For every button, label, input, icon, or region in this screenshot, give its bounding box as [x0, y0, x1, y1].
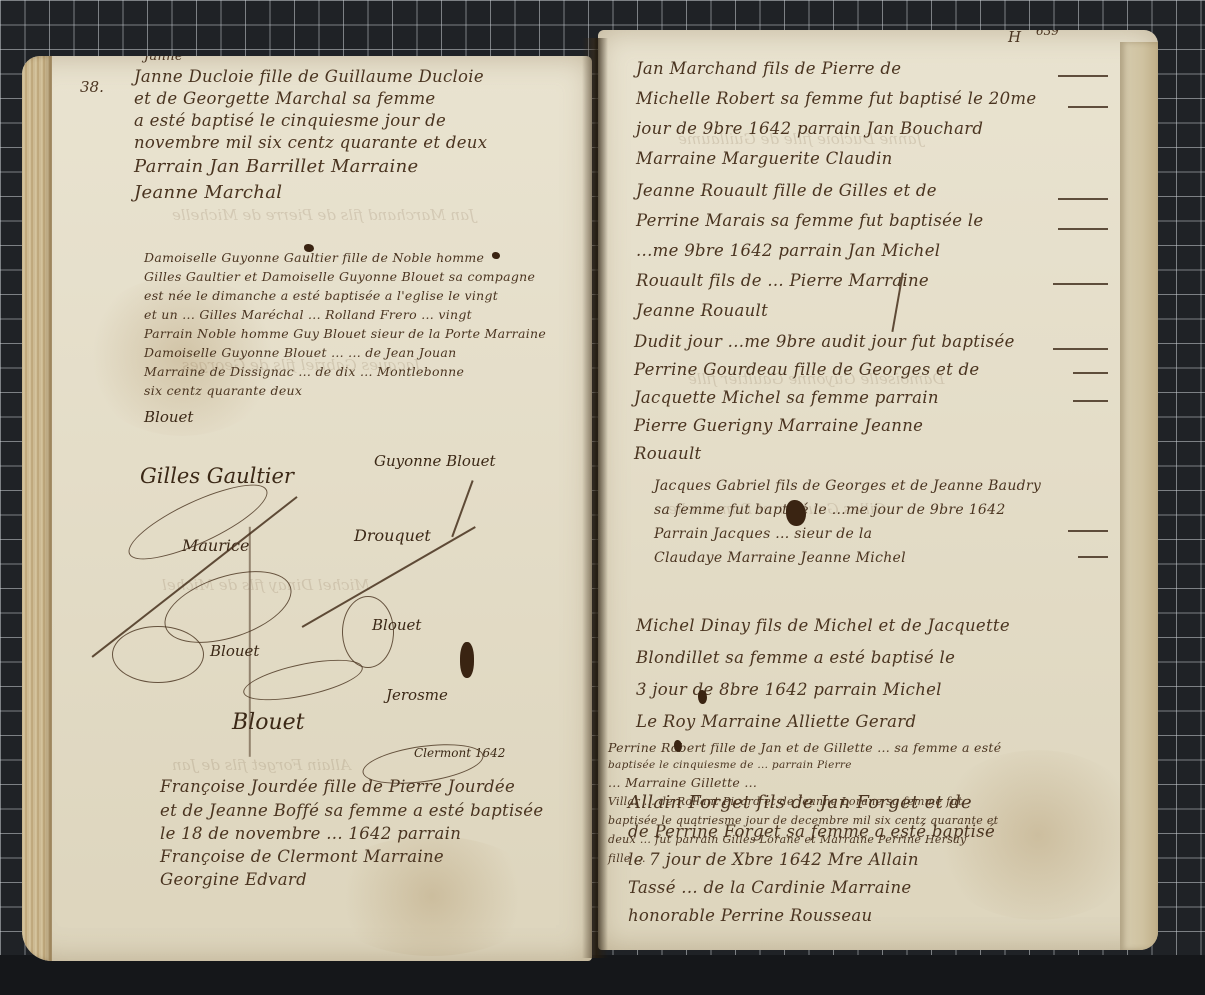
baptism-entry-7: Jacques Gabriel fils de Georges et de Je… — [654, 474, 1041, 570]
line-filler-rule — [1068, 106, 1108, 108]
line-filler-rule — [1053, 348, 1108, 350]
signature: Maurice — [182, 536, 249, 555]
book-gutter — [582, 38, 608, 958]
line-filler-rule — [1073, 372, 1108, 374]
folio-number: 38. — [80, 78, 104, 96]
signature: Gilles Gaultier — [140, 464, 294, 488]
bleed-through-text: Allain Forget fils de Jan — [172, 756, 351, 774]
signature: Blouet — [232, 710, 304, 735]
folio-number: 639 — [1036, 30, 1059, 38]
signature: Guyonne Blouet — [374, 452, 496, 470]
line-filler-rule — [1078, 556, 1108, 558]
line-filler-rule — [1058, 198, 1108, 200]
ink-blot — [786, 500, 806, 526]
baptism-entry-3: Françoise Jourdée fille de Pierre Jourdé… — [160, 774, 543, 891]
ink-blot — [674, 740, 682, 752]
folio-mark: H — [1008, 30, 1021, 46]
baptism-entry-2: Damoiselle Guyonne Gaultier fille de Nob… — [144, 248, 546, 400]
signature-flourish — [112, 626, 204, 683]
signature: Clermont 1642 — [414, 746, 505, 760]
signature: Blouet — [210, 642, 259, 660]
page-edge-stack — [22, 56, 52, 961]
open-register-book: Jan Marchand fils de Pierre de Michelle … — [22, 18, 1182, 983]
line-filler-rule — [1073, 400, 1108, 402]
baptism-entry-5: Jeanne Rouault fille de Gilles et de Per… — [636, 176, 983, 326]
bleed-through-text: Jan Marchand fils de Pierre de Michelle — [172, 206, 475, 224]
line-filler-rule — [1068, 530, 1108, 532]
line-filler-rule — [1053, 283, 1108, 285]
signature: Blouet — [144, 408, 193, 426]
line-filler-rule — [1058, 228, 1108, 230]
ink-blot — [698, 690, 707, 704]
line-filler-rule — [1058, 75, 1108, 77]
right-page: Janne Ducloie fille de Guillaume Damoise… — [598, 30, 1158, 950]
ink-blot — [460, 642, 474, 678]
signature-flourish — [240, 652, 366, 709]
signature: Drouquet — [354, 526, 431, 545]
signature: Blouet — [372, 616, 421, 634]
left-page: Jan Marchand fils de Pierre de Michelle … — [22, 56, 592, 961]
signature: Jerosme — [386, 686, 448, 704]
baptism-entry-10: Allain Forget fils de Jan Forget et de d… — [628, 788, 995, 930]
baptism-entry-4: Jan Marchand fils de Pierre de Michelle … — [636, 54, 1036, 174]
baptism-entry-6: Dudit jour ...me 9bre audit jour fut bap… — [634, 328, 1015, 468]
baptism-entry-8: Michel Dinay fils de Michel et de Jacque… — [636, 610, 1010, 738]
baptism-entry-1: Janne Janne Ducloie fille de Guillaume D… — [134, 56, 487, 206]
signature-stroke — [249, 527, 251, 757]
